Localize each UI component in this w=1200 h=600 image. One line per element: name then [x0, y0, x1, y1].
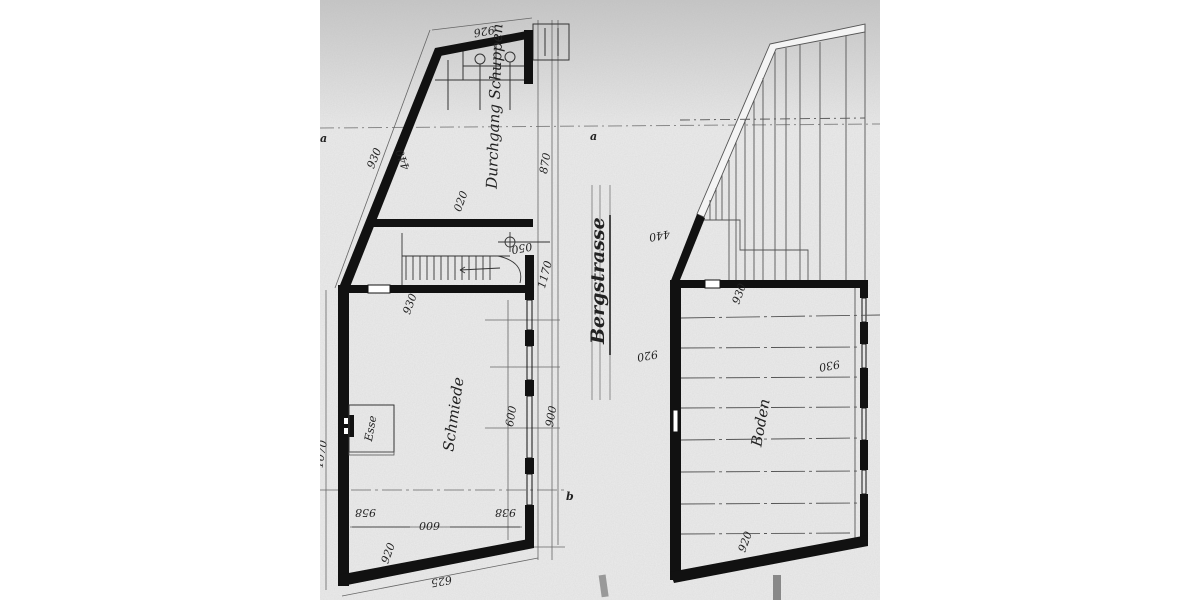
floor-plan-drawing: 926 930 440 870 020 Durchgang Schuppen 0… — [320, 0, 880, 600]
section-mark-a-left: a — [320, 132, 327, 145]
dim-bottom-width: 600 — [419, 519, 440, 532]
dim-bottom-right: 938 — [495, 506, 516, 519]
street-label: Bergstrasse — [587, 217, 609, 345]
floor-plan-scan: 926 930 440 870 020 Durchgang Schuppen 0… — [320, 0, 880, 600]
section-mark-a-right: a — [590, 130, 597, 143]
section-mark-b: b — [566, 490, 574, 503]
scan-mark — [773, 575, 781, 600]
dim-bottom-left: 958 — [355, 506, 376, 519]
